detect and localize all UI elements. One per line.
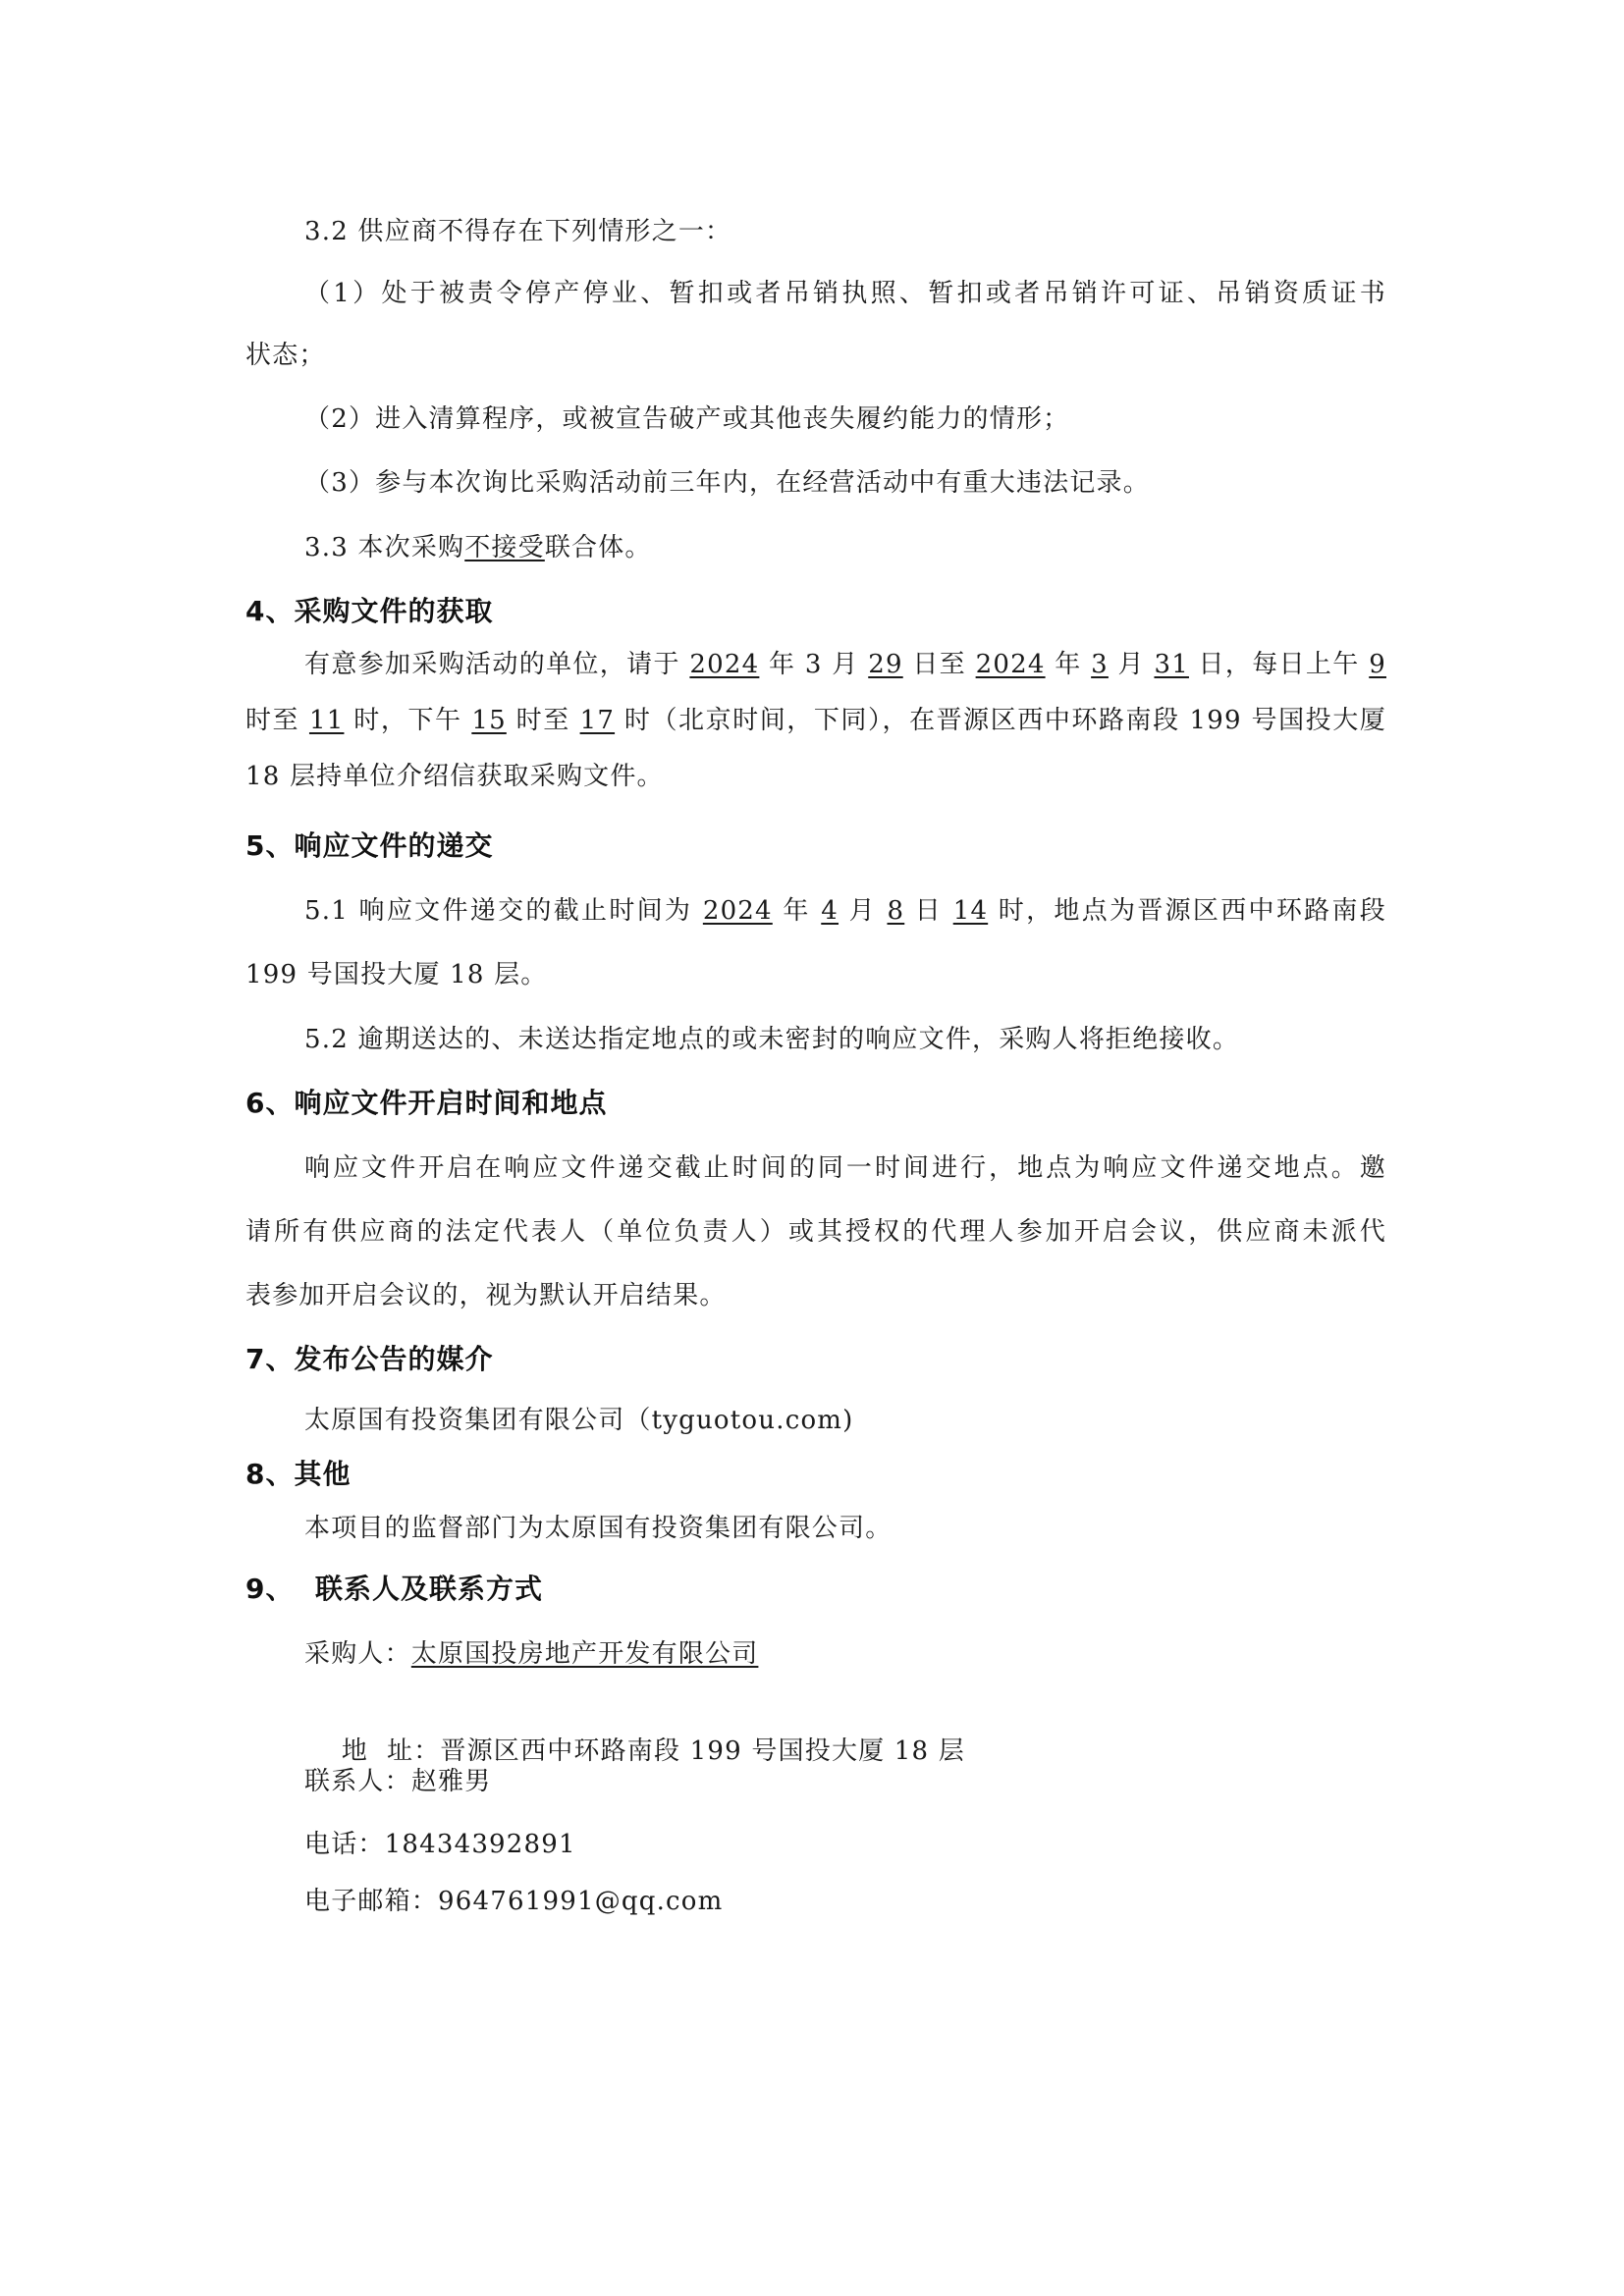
section-4-line-2: 时至 11 时，下午 15 时至 17 时（北京时间，下同），在晋源区西中环路南…: [245, 704, 1386, 737]
address-value: 晋源区西中环路南段 199 号国投大厦 18 层: [440, 1736, 965, 1766]
clause-3-2-item-2: （2）进入清算程序，或被宣告破产或其他丧失履约能力的情形；: [304, 402, 1069, 436]
section-4-line-1: 有意参加采购活动的单位，请于 2024 年 3 月 29 日至 2024 年 3…: [304, 648, 1386, 681]
email-label: 电子邮箱：: [304, 1887, 438, 1916]
clause-5-2: 5.2 逾期送达的、未送达指定地点的或未密封的响应文件，采购人将拒绝接收。: [304, 1023, 1239, 1056]
address-label: 地 址：: [342, 1736, 441, 1766]
contact-name: 赵雅男: [411, 1767, 492, 1796]
heading-section-4: 4、采购文件的获取: [245, 595, 493, 628]
phone-value: 18434392891: [385, 1830, 576, 1859]
email-row: 电子邮箱：964761991@qq.com: [304, 1885, 724, 1918]
email-value: 964761991@qq.com: [438, 1887, 724, 1916]
heading-section-5: 5、响应文件的递交: [245, 829, 493, 863]
buyer-name: 太原国投房地产开发有限公司: [411, 1639, 759, 1669]
section-6-line-2: 请所有供应商的法定代表人（单位负责人）或其授权的代理人参加开启会议，供应商未派代: [245, 1215, 1386, 1249]
publication-media: 太原国有投资集团有限公司（tyguotou.com): [304, 1404, 854, 1437]
buyer-row: 采购人：太原国投房地产开发有限公司: [304, 1637, 758, 1671]
clause-5-1-cont: 199 号国投大厦 18 层。: [245, 958, 548, 991]
section-6-line-1: 响应文件开启在响应文件递交截止时间的同一时间进行，地点为响应文件递交地点。邀: [304, 1151, 1386, 1185]
clause-5-1: 5.1 响应文件递交的截止时间为 2024 年 4 月 8 日 14 时，地点为…: [304, 894, 1386, 928]
clause-3-2-item-3: （3）参与本次询比采购活动前三年内，在经营活动中有重大违法记录。: [304, 466, 1150, 500]
clause-3-2: 3.2 供应商不得存在下列情形之一：: [304, 215, 731, 248]
phone-label: 电话：: [304, 1830, 385, 1859]
heading-section-6: 6、响应文件开启时间和地点: [245, 1087, 607, 1120]
heading-section-9: 9、 联系人及联系方式: [245, 1573, 543, 1606]
clause-3-2-item-1: （1）处于被责令停产停业、暂扣或者吊销执照、暂扣或者吊销许可证、吊销资质证书: [304, 277, 1386, 310]
clause-3-3: 3.3 本次采购不接受联合体。: [304, 531, 652, 564]
contact-label: 联系人：: [304, 1767, 411, 1796]
buyer-label: 采购人：: [304, 1639, 411, 1669]
heading-section-8: 8、其他: [245, 1458, 351, 1491]
underlined-term: 不接受: [464, 533, 545, 562]
section-6-line-3: 表参加开启会议的，视为默认开启结果。: [245, 1279, 727, 1312]
clause-3-2-item-1-cont: 状态；: [245, 339, 326, 372]
section-4-line-3: 18 层持单位介绍信获取采购文件。: [245, 760, 664, 793]
heading-section-7: 7、发布公告的媒介: [245, 1343, 493, 1376]
supervisory-department: 本项目的监督部门为太原国有投资集团有限公司。: [304, 1512, 892, 1545]
phone-row: 电话：18434392891: [304, 1828, 576, 1861]
contact-row: 联系人：赵雅男: [304, 1765, 491, 1798]
